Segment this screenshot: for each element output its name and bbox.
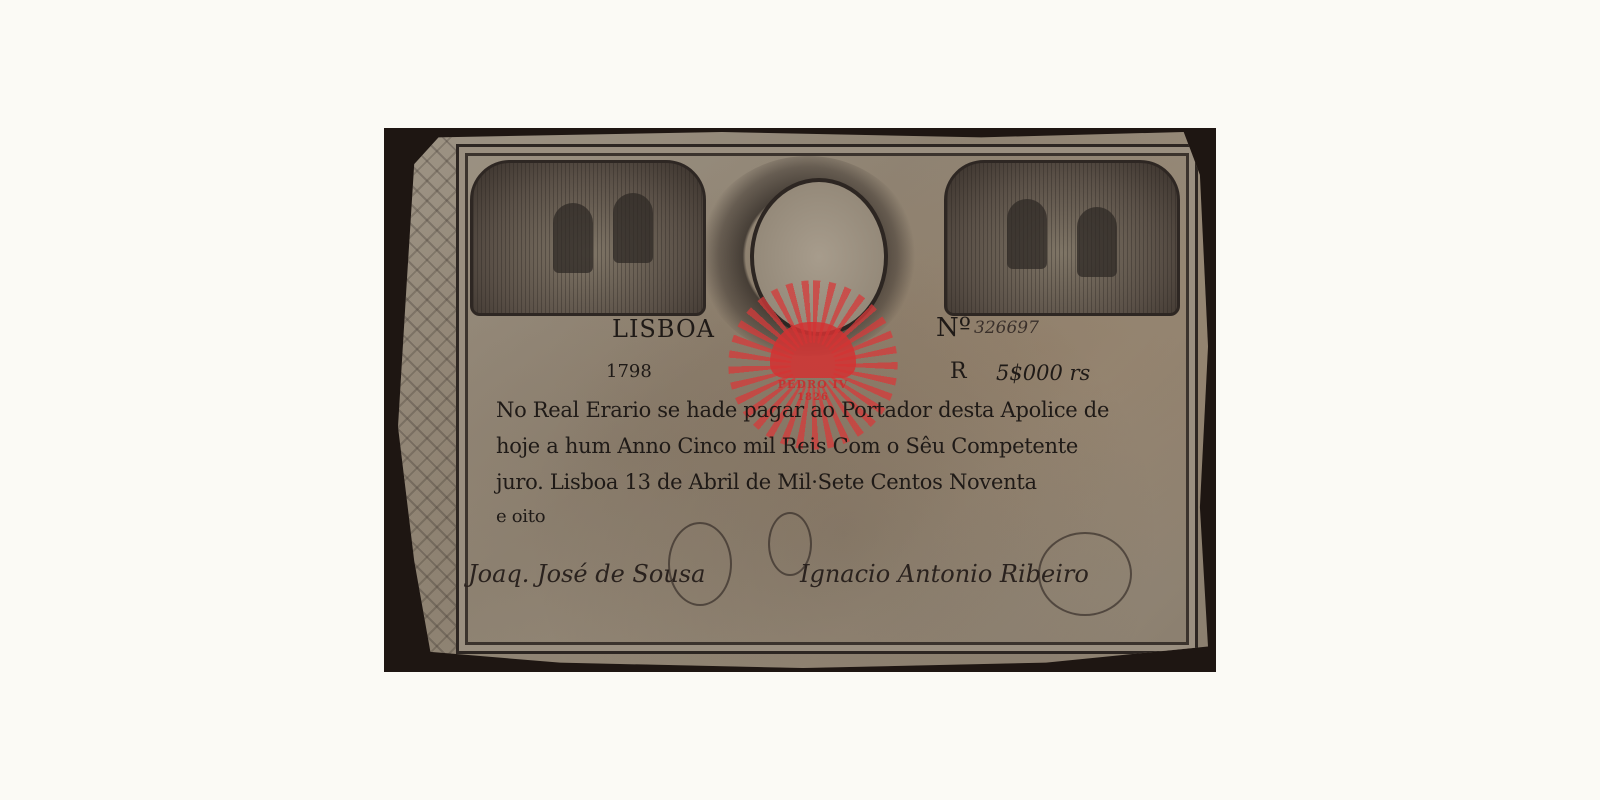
figure-flutist <box>553 203 593 273</box>
body-line: juro. Lisboa 13 de Abril de Mil·Sete Cen… <box>496 470 1037 494</box>
ornamental-border-left <box>398 132 456 668</box>
city-label: LISBOA <box>612 315 715 343</box>
number-label: Nº <box>936 313 971 343</box>
vignette-musicians <box>470 160 706 316</box>
body-line: hoje a hum Anno Cinco mil Reis Com o Sêu… <box>496 434 1078 458</box>
signature-flourish <box>768 512 812 576</box>
issue-year: 1798 <box>606 361 652 382</box>
serial-number: 326697 <box>974 318 1039 338</box>
figure-lady <box>613 193 653 263</box>
banknote-paper: PEDRO IV 1826 LISBOA 1798 Nº 326697 R 5$… <box>398 132 1208 668</box>
vignette-pastoral <box>944 160 1180 316</box>
stamp-text: PEDRO IV <box>748 378 878 391</box>
figure-reclining <box>1077 207 1117 277</box>
figure-shepherd <box>1007 199 1047 269</box>
denomination: 5$000 rs <box>996 361 1090 385</box>
body-line: No Real Erario se hade pagar ao Portador… <box>496 398 1109 422</box>
signature-flourish <box>1038 532 1132 616</box>
banknote-photo: PEDRO IV 1826 LISBOA 1798 Nº 326697 R 5$… <box>384 128 1216 672</box>
body-line: e oito <box>496 506 545 527</box>
value-label: R <box>950 359 967 384</box>
signature-flourish <box>668 522 732 606</box>
